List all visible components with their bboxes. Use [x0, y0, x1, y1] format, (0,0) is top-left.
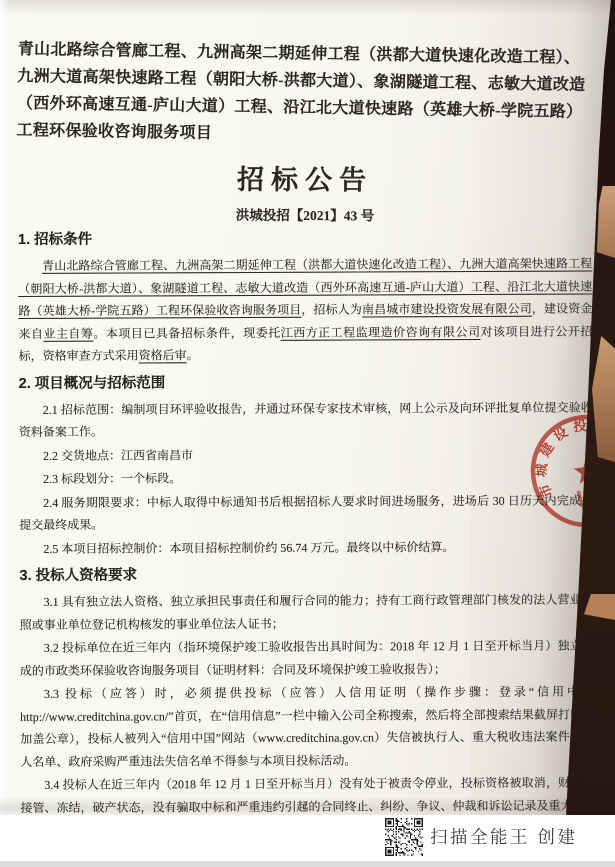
scanner-watermark-text: 扫描全能王 创建: [430, 824, 577, 849]
page-left-highlight: [0, 0, 9, 867]
section-heading: 1. 招标条件: [18, 228, 592, 250]
document-sections: 1. 招标条件青山北路综合管廊工程、九洲高架二期延伸工程（洪都大道快速化改造工程…: [18, 228, 595, 818]
document-paragraph: 2.3 标段划分：一个标段。: [19, 465, 593, 490]
text-segment: 。: [187, 348, 199, 362]
document-paragraph: 2.2 交货地点：江西省南昌市: [19, 442, 593, 467]
section-heading: 3. 投标人资格要求: [19, 564, 593, 586]
text-segment: 2.1 招标范围：编制项目环评验收报告，并通过环保专家技术审核，网上公示及向环评…: [19, 400, 593, 439]
text-segment: 2.5 本项目招标控制价：本项目招标控制价约 56.74 万元。最终以中标价结算…: [43, 540, 454, 556]
text-segment: 3.3 投标（应答）时，必须提供投标（应答）人信用证明（操作步骤：登录“信用中国…: [20, 684, 594, 768]
text-segment: ，招标人为: [301, 302, 362, 316]
notice-title: 招标公告: [18, 156, 592, 198]
document-paragraph: 2.1 招标范围：编制项目环评验收报告，并通过环保专家技术审核，网上公示及向环评…: [19, 396, 593, 444]
project-title: 青山北路综合管廊工程、九洲高架二期延伸工程（洪都大道快速化改造工程）、九洲大道高…: [16, 36, 592, 153]
section-heading: 2. 项目概况与招标范围: [19, 372, 593, 394]
text-segment: 。本项目已具备招标条件，现委托: [93, 325, 280, 340]
document-paragraph: 3.3 投标（应答）时，必须提供投标（应答）人信用证明（操作步骤：登录“信用中国…: [20, 680, 594, 773]
document-paragraph: 3.1 具有独立法人资格、独立承担民事责任和履行合同的能力；持有工商行政管理部门…: [20, 588, 594, 636]
text-segment: 2.2 交货地点：江西省南昌市: [43, 448, 193, 463]
text-segment: 业主自筹: [43, 326, 93, 340]
document-paragraph: 2.5 本项目招标控制价：本项目招标控制价约 56.74 万元。最终以中标价结算…: [19, 535, 593, 560]
document-number: 洪城投招【2021】43 号: [18, 202, 592, 225]
document-paragraph: 3.2 投标单位在近三年内（指环境保护竣工验收报告出具时间为：2018 年 12…: [20, 634, 594, 682]
qr-code: [385, 818, 423, 856]
text-segment: 江西方正工程监理造价咨询有限公司: [281, 324, 481, 339]
text-segment: 2.3 标段划分：一个标段。: [43, 471, 181, 486]
text-segment: 资格后审: [139, 348, 187, 362]
paper-page: 青山北路综合管廊工程、九洲高架二期延伸工程（洪都大道快速化改造工程）、九洲大道高…: [0, 0, 615, 867]
scanned-document-photo: 青山北路综合管廊工程、九洲高架二期延伸工程（洪都大道快速化改造工程）、九洲大道高…: [0, 0, 615, 867]
document-paragraph: 2.4 服务期限要求：中标人取得中标通知书后根据招标人要求时间进场服务，进场后 …: [19, 489, 593, 537]
text-segment: 3.2 投标单位在近三年内（指环境保护竣工验收报告出具时间为：2018 年 12…: [20, 638, 594, 677]
text-segment: 南昌城市建设投资发展有限公司: [362, 302, 532, 317]
text-segment: 2.4 服务期限要求：中标人取得中标通知书后根据招标人要求时间进场服务，进场后 …: [19, 493, 593, 532]
document-content: 青山北路综合管廊工程、九洲高架二期延伸工程（洪都大道快速化改造工程）、九洲大道高…: [18, 36, 592, 820]
photo-bottom-edge: [0, 861, 615, 867]
text-segment: 3.1 具有独立法人资格、独立承担民事责任和履行合同的能力；持有工商行政管理部门…: [20, 592, 594, 631]
page-number: 1: [18, 800, 592, 812]
scanner-watermark-band: 扫描全能王 创建: [0, 815, 615, 867]
document-paragraph: 青山北路综合管廊工程、九洲高架二期延伸工程（洪都大道快速化改造工程）、九洲大道高…: [18, 252, 592, 367]
